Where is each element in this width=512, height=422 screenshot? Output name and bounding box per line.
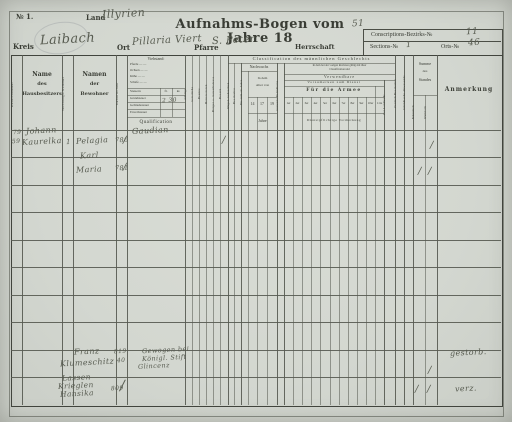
handwritten-entry: Karl (80, 152, 99, 161)
handwritten-entry: 51 (352, 20, 365, 30)
handwritten-entry: Pelagia (76, 136, 109, 146)
handwritten-entry: 2 30 (162, 98, 177, 105)
handwritten-entry: Kaurelka (22, 137, 62, 147)
handwritten-entry: gestorb. (450, 348, 487, 358)
tally-mark: ∕ (418, 167, 421, 177)
handwriting-layer: Illyrien5111LaibachPillaria ViertS. Pete… (0, 0, 512, 422)
tally-mark: ∕ (222, 136, 225, 146)
tally-mark: ∕ (415, 385, 418, 395)
handwritten-entry: Hansika (60, 389, 94, 398)
handwritten-entry: Klumeschitz (60, 358, 114, 369)
handwritten-entry: verz. (455, 384, 477, 393)
handwritten-entry: 59 (12, 139, 21, 145)
tally-mark: ∕ (123, 163, 126, 173)
handwritten-entry: Franz (74, 347, 100, 356)
handwritten-entry: Maria (76, 165, 103, 174)
handwritten-entry: Gaudian (132, 126, 169, 136)
handwritten-entry: 79 (13, 130, 22, 136)
handwritten-entry: Illyrien (102, 7, 146, 20)
handwritten-entry: S. Peter (212, 35, 255, 47)
census-form-page: № 1. Land Aufnahms-Bogen vom Jahre 18 Co… (0, 0, 512, 422)
tally-mark: ∕ (428, 167, 431, 177)
handwritten-entry: 46 (468, 39, 481, 49)
handwritten-entry: 40 (117, 358, 126, 364)
handwritten-entry: Pillaria Viert (132, 34, 202, 48)
handwritten-entry: 786 (115, 137, 129, 144)
handwritten-entry: Johann (26, 126, 57, 136)
tally-mark: ∕ (123, 136, 126, 146)
handwritten-entry: Laibach (40, 32, 96, 48)
handwritten-entry: 1 (406, 41, 412, 49)
tally-mark: ∕ (120, 379, 125, 393)
handwritten-entry: 1 (66, 139, 71, 146)
tally-mark: ∕ (427, 385, 430, 395)
handwritten-entry: 11 (466, 28, 479, 38)
tally-mark: ∕ (430, 141, 433, 151)
tally-mark: ∕ (428, 366, 431, 376)
handwritten-entry: 819 (114, 349, 127, 356)
handwritten-entry: Glincenz (138, 362, 170, 370)
handwritten-entry: 781 (115, 165, 129, 172)
